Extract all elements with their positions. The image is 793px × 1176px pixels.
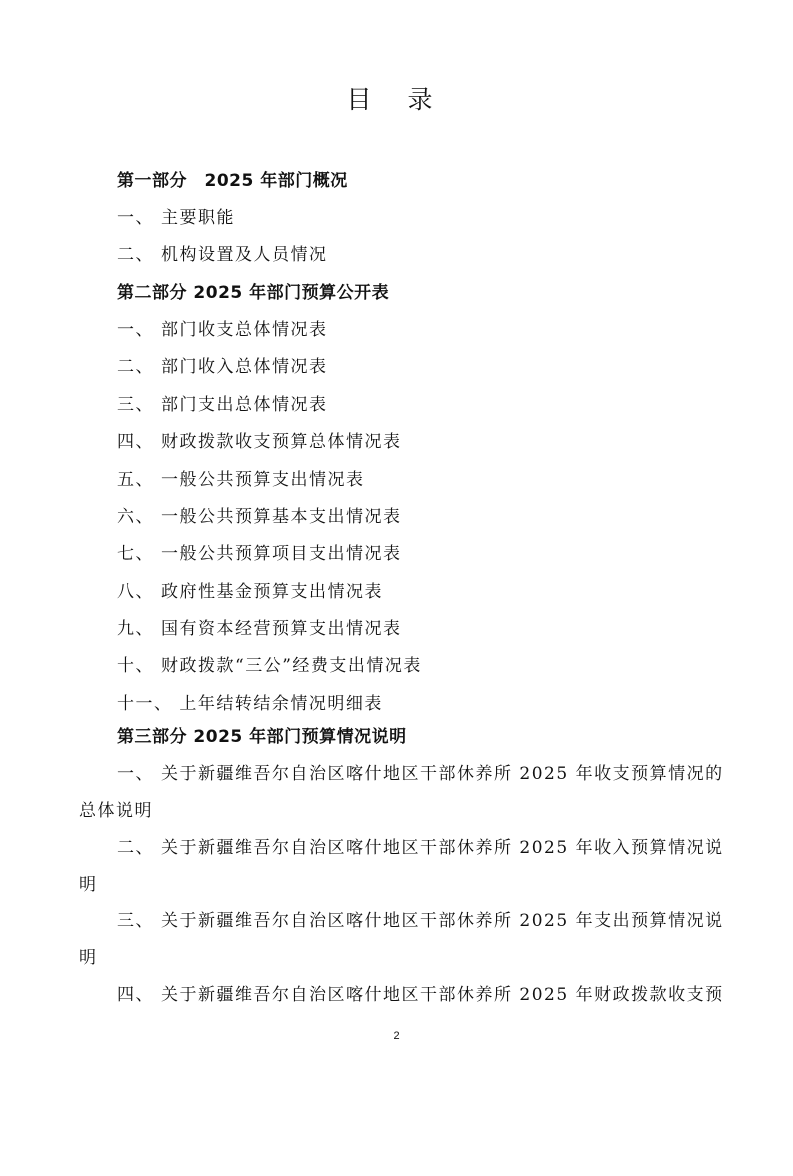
- page-number: 2: [0, 1030, 793, 1042]
- toc-title: 目 录: [0, 80, 793, 116]
- part3-heading: 第三部分 2025 年部门预算情况说明: [117, 722, 407, 747]
- toc-item: 二、部门收入总体情况表: [117, 352, 328, 377]
- item-text: 一般公共预算支出情况表: [161, 470, 365, 490]
- toc-item: 一、关于新疆维吾尔自治区喀什地区干部休养所 2025 年收支预算情况的: [117, 759, 724, 784]
- toc-item: 七、一般公共预算项目支出情况表: [117, 539, 402, 564]
- item-number: 一、: [117, 315, 161, 340]
- item-number: 四、: [117, 427, 161, 452]
- toc-item-continuation: 明: [79, 943, 98, 968]
- item-number: 二、: [117, 833, 161, 858]
- item-text: 部门支出总体情况表: [161, 395, 328, 415]
- part2-heading: 第二部分 2025 年部门预算公开表: [117, 278, 389, 303]
- item-text: 国有资本经营预算支出情况表: [161, 619, 402, 639]
- item-number: 八、: [117, 577, 161, 602]
- item-number: 七、: [117, 539, 161, 564]
- item-text: 主要职能: [161, 208, 235, 228]
- toc-item-continuation: 总体说明: [79, 796, 153, 821]
- item-text: 关于新疆维吾尔自治区喀什地区干部休养所 2025 年财政拨款收支预: [161, 985, 724, 1005]
- item-text: 财政拨款收支预算总体情况表: [161, 432, 402, 452]
- toc-item: 三、关于新疆维吾尔自治区喀什地区干部休养所 2025 年支出预算情况说: [117, 906, 724, 931]
- item-number: 十一、: [117, 694, 173, 714]
- item-number: 二、: [117, 352, 161, 377]
- toc-item: 一、部门收支总体情况表: [117, 315, 328, 340]
- item-text: 部门收入总体情况表: [161, 357, 328, 377]
- item-text: 关于新疆维吾尔自治区喀什地区干部休养所 2025 年支出预算情况说: [161, 911, 724, 931]
- item-text: 部门收支总体情况表: [161, 320, 328, 340]
- toc-item: 四、关于新疆维吾尔自治区喀什地区干部休养所 2025 年财政拨款收支预: [117, 980, 724, 1005]
- toc-item: 四、财政拨款收支预算总体情况表: [117, 427, 402, 452]
- item-text: 政府性基金预算支出情况表: [161, 582, 383, 602]
- item-number: 五、: [117, 465, 161, 490]
- toc-item: 十、财政拨款“三公”经费支出情况表: [117, 651, 422, 676]
- toc-item-continuation: 明: [79, 870, 98, 895]
- part1-heading: 第一部分 2025 年部门概况: [117, 166, 348, 191]
- item-text: 一般公共预算基本支出情况表: [161, 507, 402, 527]
- item-text: 关于新疆维吾尔自治区喀什地区干部休养所 2025 年收入预算情况说: [161, 838, 724, 858]
- toc-item: 八、政府性基金预算支出情况表: [117, 577, 383, 602]
- toc-item: 三、部门支出总体情况表: [117, 390, 328, 415]
- item-text: 关于新疆维吾尔自治区喀什地区干部休养所 2025 年收支预算情况的: [161, 764, 724, 784]
- toc-item: 一、主要职能: [117, 203, 235, 228]
- item-text: 机构设置及人员情况: [161, 245, 328, 265]
- item-number: 二、: [117, 240, 161, 265]
- toc-item: 九、国有资本经营预算支出情况表: [117, 614, 402, 639]
- item-number: 三、: [117, 906, 161, 931]
- item-number: 九、: [117, 614, 161, 639]
- toc-item: 二、机构设置及人员情况: [117, 240, 328, 265]
- toc-item: 十一、 上年结转结余情况明细表: [117, 689, 383, 714]
- item-number: 一、: [117, 759, 161, 784]
- toc-item: 五、一般公共预算支出情况表: [117, 465, 365, 490]
- item-number: 十、: [117, 651, 161, 676]
- item-number: 四、: [117, 980, 161, 1005]
- item-text: 上年结转结余情况明细表: [179, 694, 383, 714]
- item-text: 财政拨款“三公”经费支出情况表: [161, 656, 422, 676]
- item-number: 六、: [117, 502, 161, 527]
- toc-item: 二、关于新疆维吾尔自治区喀什地区干部休养所 2025 年收入预算情况说: [117, 833, 724, 858]
- toc-item: 六、一般公共预算基本支出情况表: [117, 502, 402, 527]
- item-number: 一、: [117, 203, 161, 228]
- item-number: 三、: [117, 390, 161, 415]
- item-text: 一般公共预算项目支出情况表: [161, 544, 402, 564]
